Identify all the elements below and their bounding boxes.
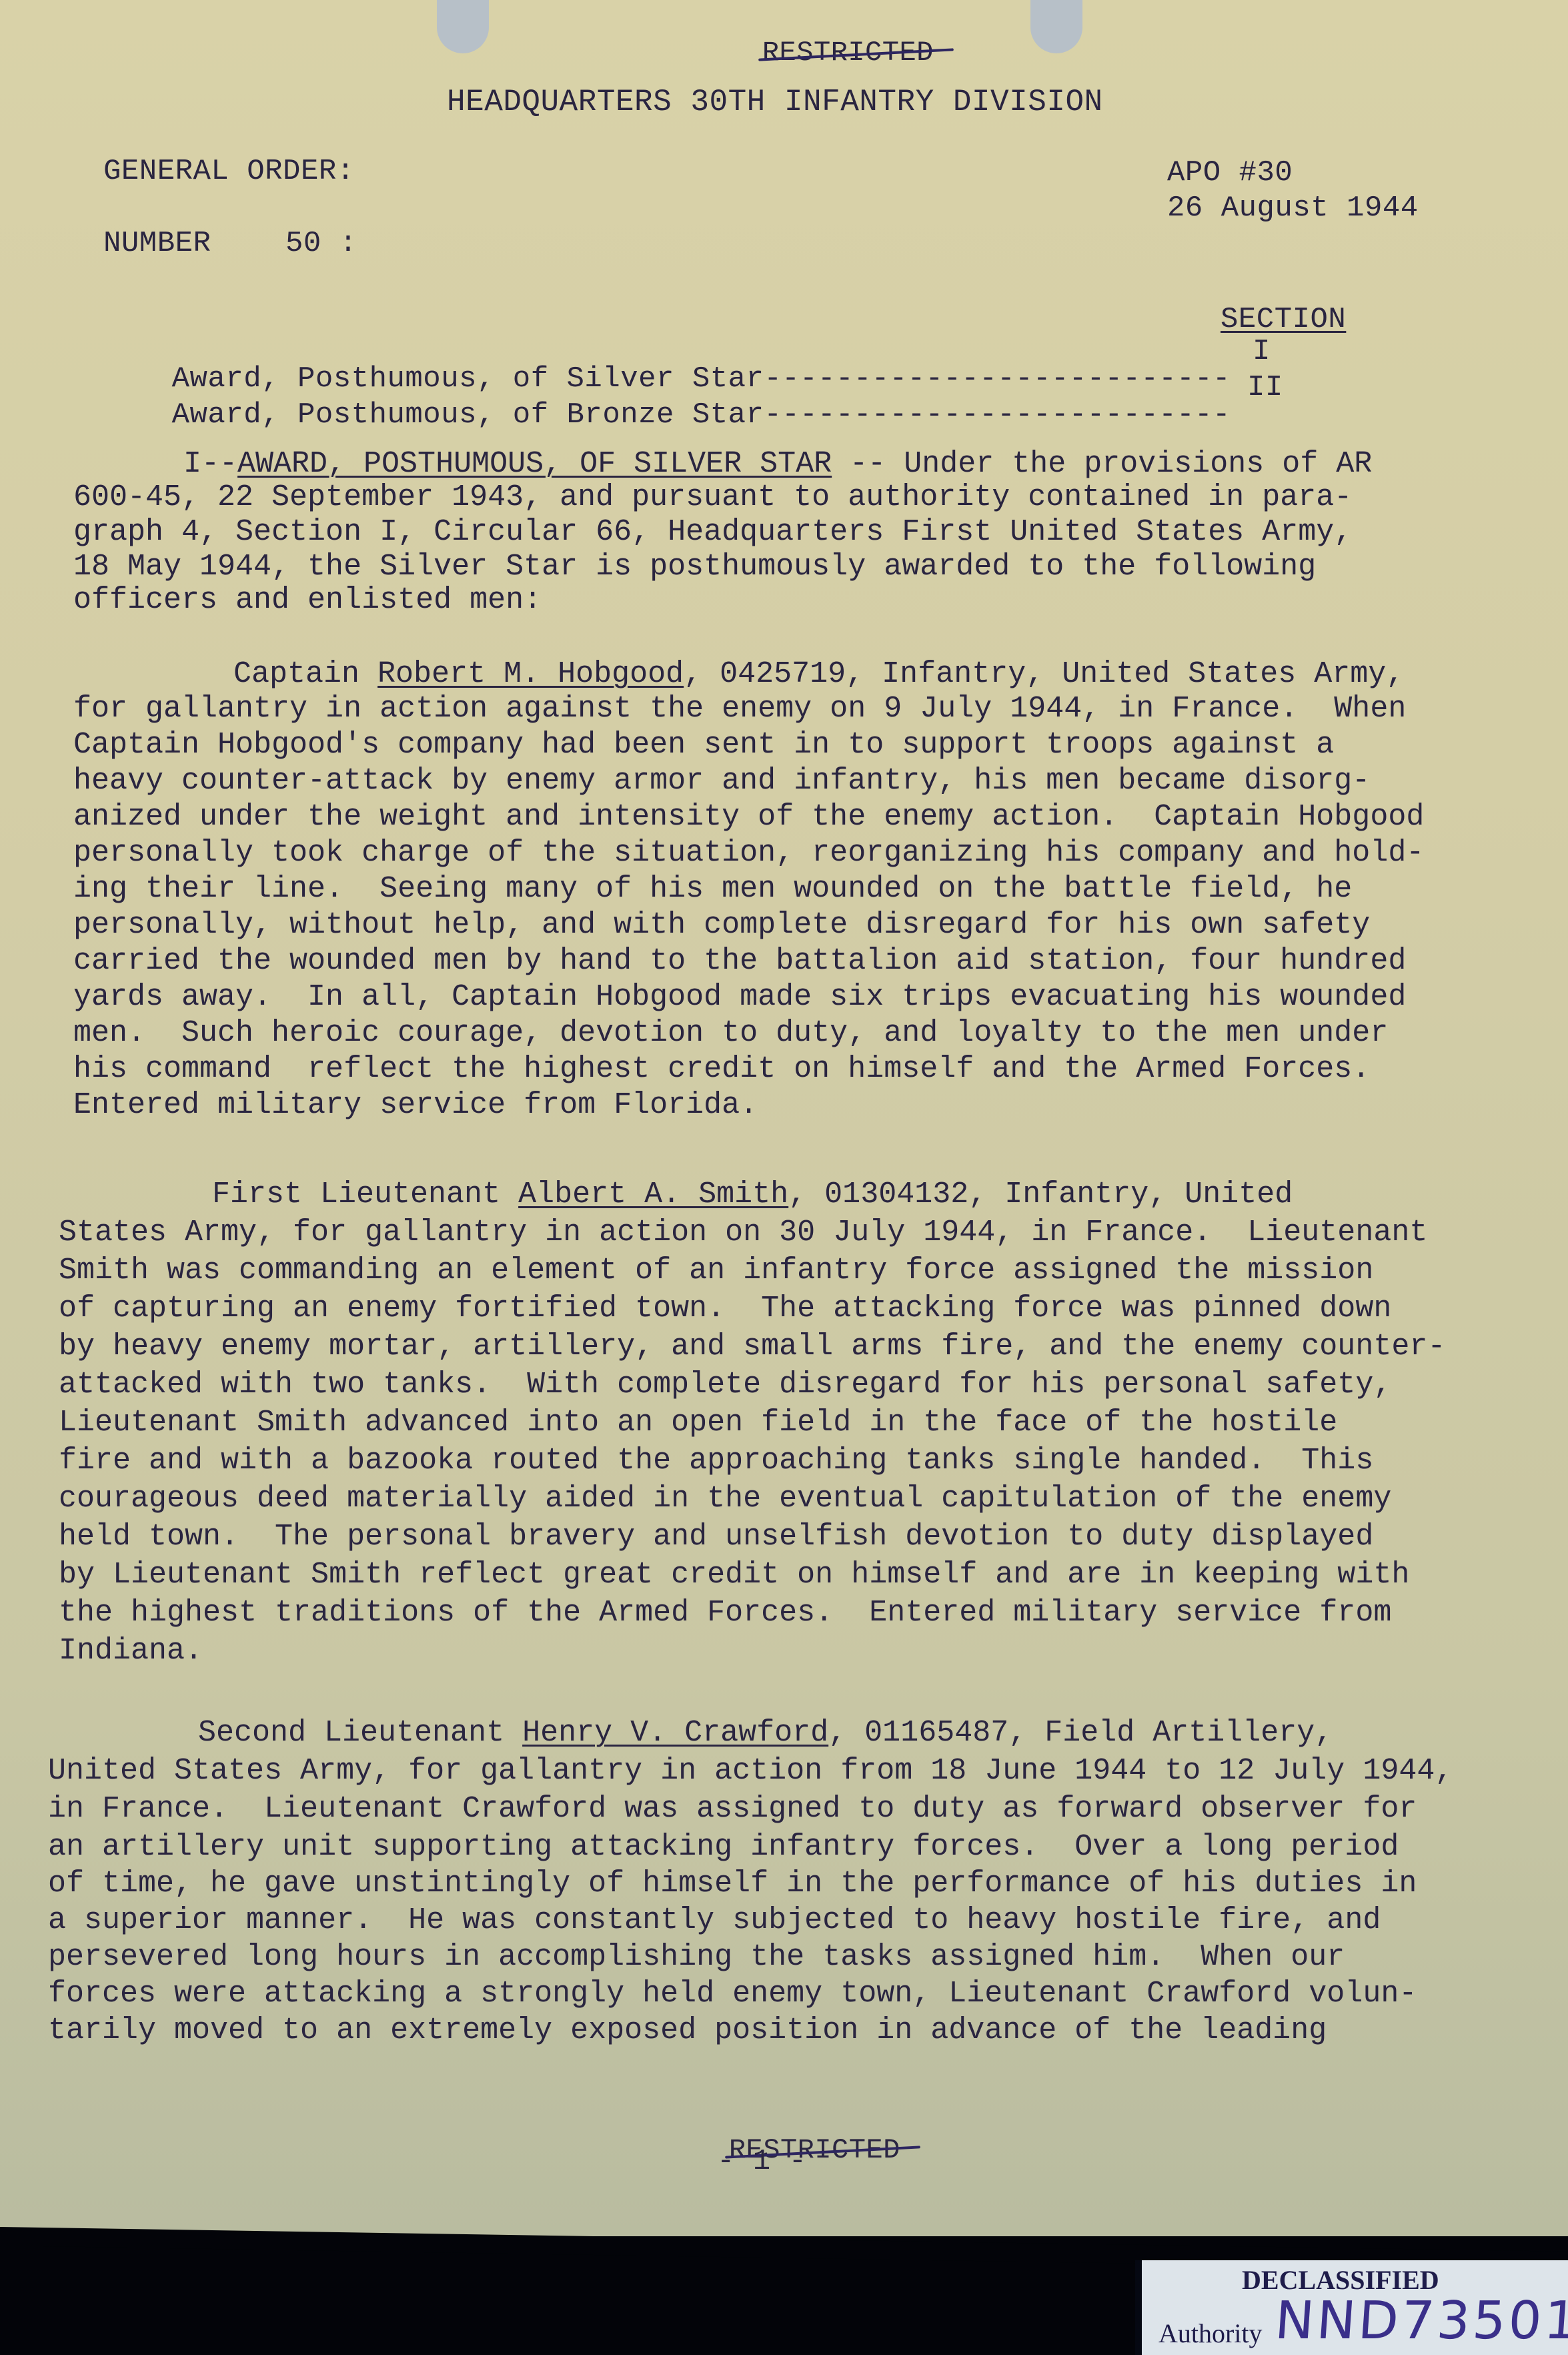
recipient-name: Henry V. Crawford [522, 1716, 828, 1750]
recipient-name: Robert M. Hobgood [377, 657, 684, 691]
text-line: attacked with two tanks. With complete d… [59, 1368, 1391, 1402]
text-line: a superior manner. He was constantly sub… [48, 1903, 1381, 1937]
text-line: Smith was commanding an element of an in… [59, 1254, 1373, 1288]
text-line: courageous deed materially aided in the … [59, 1482, 1391, 1516]
text-line: Indiana. [59, 1634, 203, 1668]
text-line: officers and enlisted men: [73, 583, 542, 617]
text-line: of time, he gave unstintingly of himself… [48, 1867, 1417, 1901]
text-line: fire and with a bazooka routed the appro… [59, 1444, 1373, 1478]
contents-section-number: I [1253, 337, 1271, 366]
contents-item: Award, Posthumous, of Bronze Star-------… [100, 371, 1231, 459]
authority-label: Authority [1158, 2318, 1263, 2349]
declassification-label: DECLASSIFIED Authority NND735017 [1135, 2260, 1568, 2355]
text-line: graph 4, Section I, Circular 66, Headqua… [73, 515, 1352, 549]
text-line: held town. The personal bravery and unse… [59, 1520, 1373, 1554]
general-order-label: GENERAL ORDER: [103, 157, 355, 186]
classification-top: RESTRICTED [694, 11, 934, 95]
number-label: NUMBER [103, 229, 211, 258]
text-line: Lieutenant Smith advanced into an open f… [59, 1406, 1337, 1440]
text-line: persevered long hours in accomplishing t… [48, 1940, 1345, 1974]
text-line: for gallantry in action against the enem… [73, 692, 1406, 726]
text-line: anized under the weight and intensity of… [73, 800, 1424, 834]
headquarters-title: HEADQUARTERS 30TH INFANTRY DIVISION [447, 87, 1103, 117]
text-line: United States Army, for gallantry in act… [48, 1754, 1453, 1788]
text-line: by Lieutenant Smith reflect great credit… [59, 1558, 1409, 1592]
punch-hole-left [437, 0, 489, 53]
section-i-heading: AWARD, POSTHUMOUS, OF SILVER STAR [237, 447, 832, 481]
citation-first-line: Second Lieutenant Henry V. Crawford, 011… [198, 1716, 1333, 1750]
section-i-heading-line: I--AWARD, POSTHUMOUS, OF SILVER STAR -- … [183, 447, 1372, 481]
text-line: his command reflect the highest credit o… [73, 1052, 1370, 1086]
punch-hole-right [1030, 0, 1082, 53]
text-line: the highest traditions of the Armed Forc… [59, 1596, 1391, 1630]
page-number: - 1 - [717, 2147, 807, 2176]
text-line: States Army, for gallantry in action on … [59, 1216, 1427, 1250]
contents-section-number: II [1247, 373, 1283, 402]
text-line: forces were attacking a strongly held en… [48, 1977, 1417, 2011]
text-line: tarily moved to an extremely exposed pos… [48, 2013, 1327, 2047]
text-line: in France. Lieutenant Crawford was assig… [48, 1792, 1417, 1826]
citation-first-line: First Lieutenant Albert A. Smith, 013041… [212, 1177, 1293, 1212]
text-line: men. Such heroic courage, devotion to du… [73, 1016, 1388, 1050]
text-line: by heavy enemy mortar, artillery, and sm… [59, 1330, 1445, 1364]
recipient-name: Albert A. Smith [518, 1177, 788, 1212]
text-line: personally, without help, and with compl… [73, 908, 1370, 942]
text-line: ing their line. Seeing many of his men w… [73, 872, 1352, 906]
text-line: 18 May 1944, the Silver Star is posthumo… [73, 550, 1316, 584]
authority-number: NND735017 [1273, 2291, 1568, 2351]
text-line: Captain Hobgood's company had been sent … [73, 728, 1334, 762]
order-date: 26 August 1944 [1167, 193, 1419, 223]
text-line: personally took charge of the situation,… [73, 836, 1424, 870]
text-line: yards away. In all, Captain Hobgood made… [73, 980, 1406, 1014]
text-line: carried the wounded men by hand to the b… [73, 944, 1406, 978]
text-line: 600-45, 22 September 1943, and pursuant … [73, 480, 1352, 514]
document-page: RESTRICTED HEADQUARTERS 30TH INFANTRY DI… [0, 0, 1568, 2236]
number-value: 50 : [285, 229, 357, 258]
apo-number: APO #30 [1167, 158, 1293, 187]
text-line: an artillery unit supporting attacking i… [48, 1830, 1399, 1864]
text-line: heavy counter-attack by enemy armor and … [73, 764, 1370, 798]
citation-first-line: Captain Robert M. Hobgood, 0425719, Infa… [233, 657, 1404, 691]
text-line: Entered military service from Florida. [73, 1088, 758, 1122]
section-heading: SECTION [1221, 305, 1346, 334]
text-line: of capturing an enemy fortified town. Th… [59, 1292, 1391, 1326]
